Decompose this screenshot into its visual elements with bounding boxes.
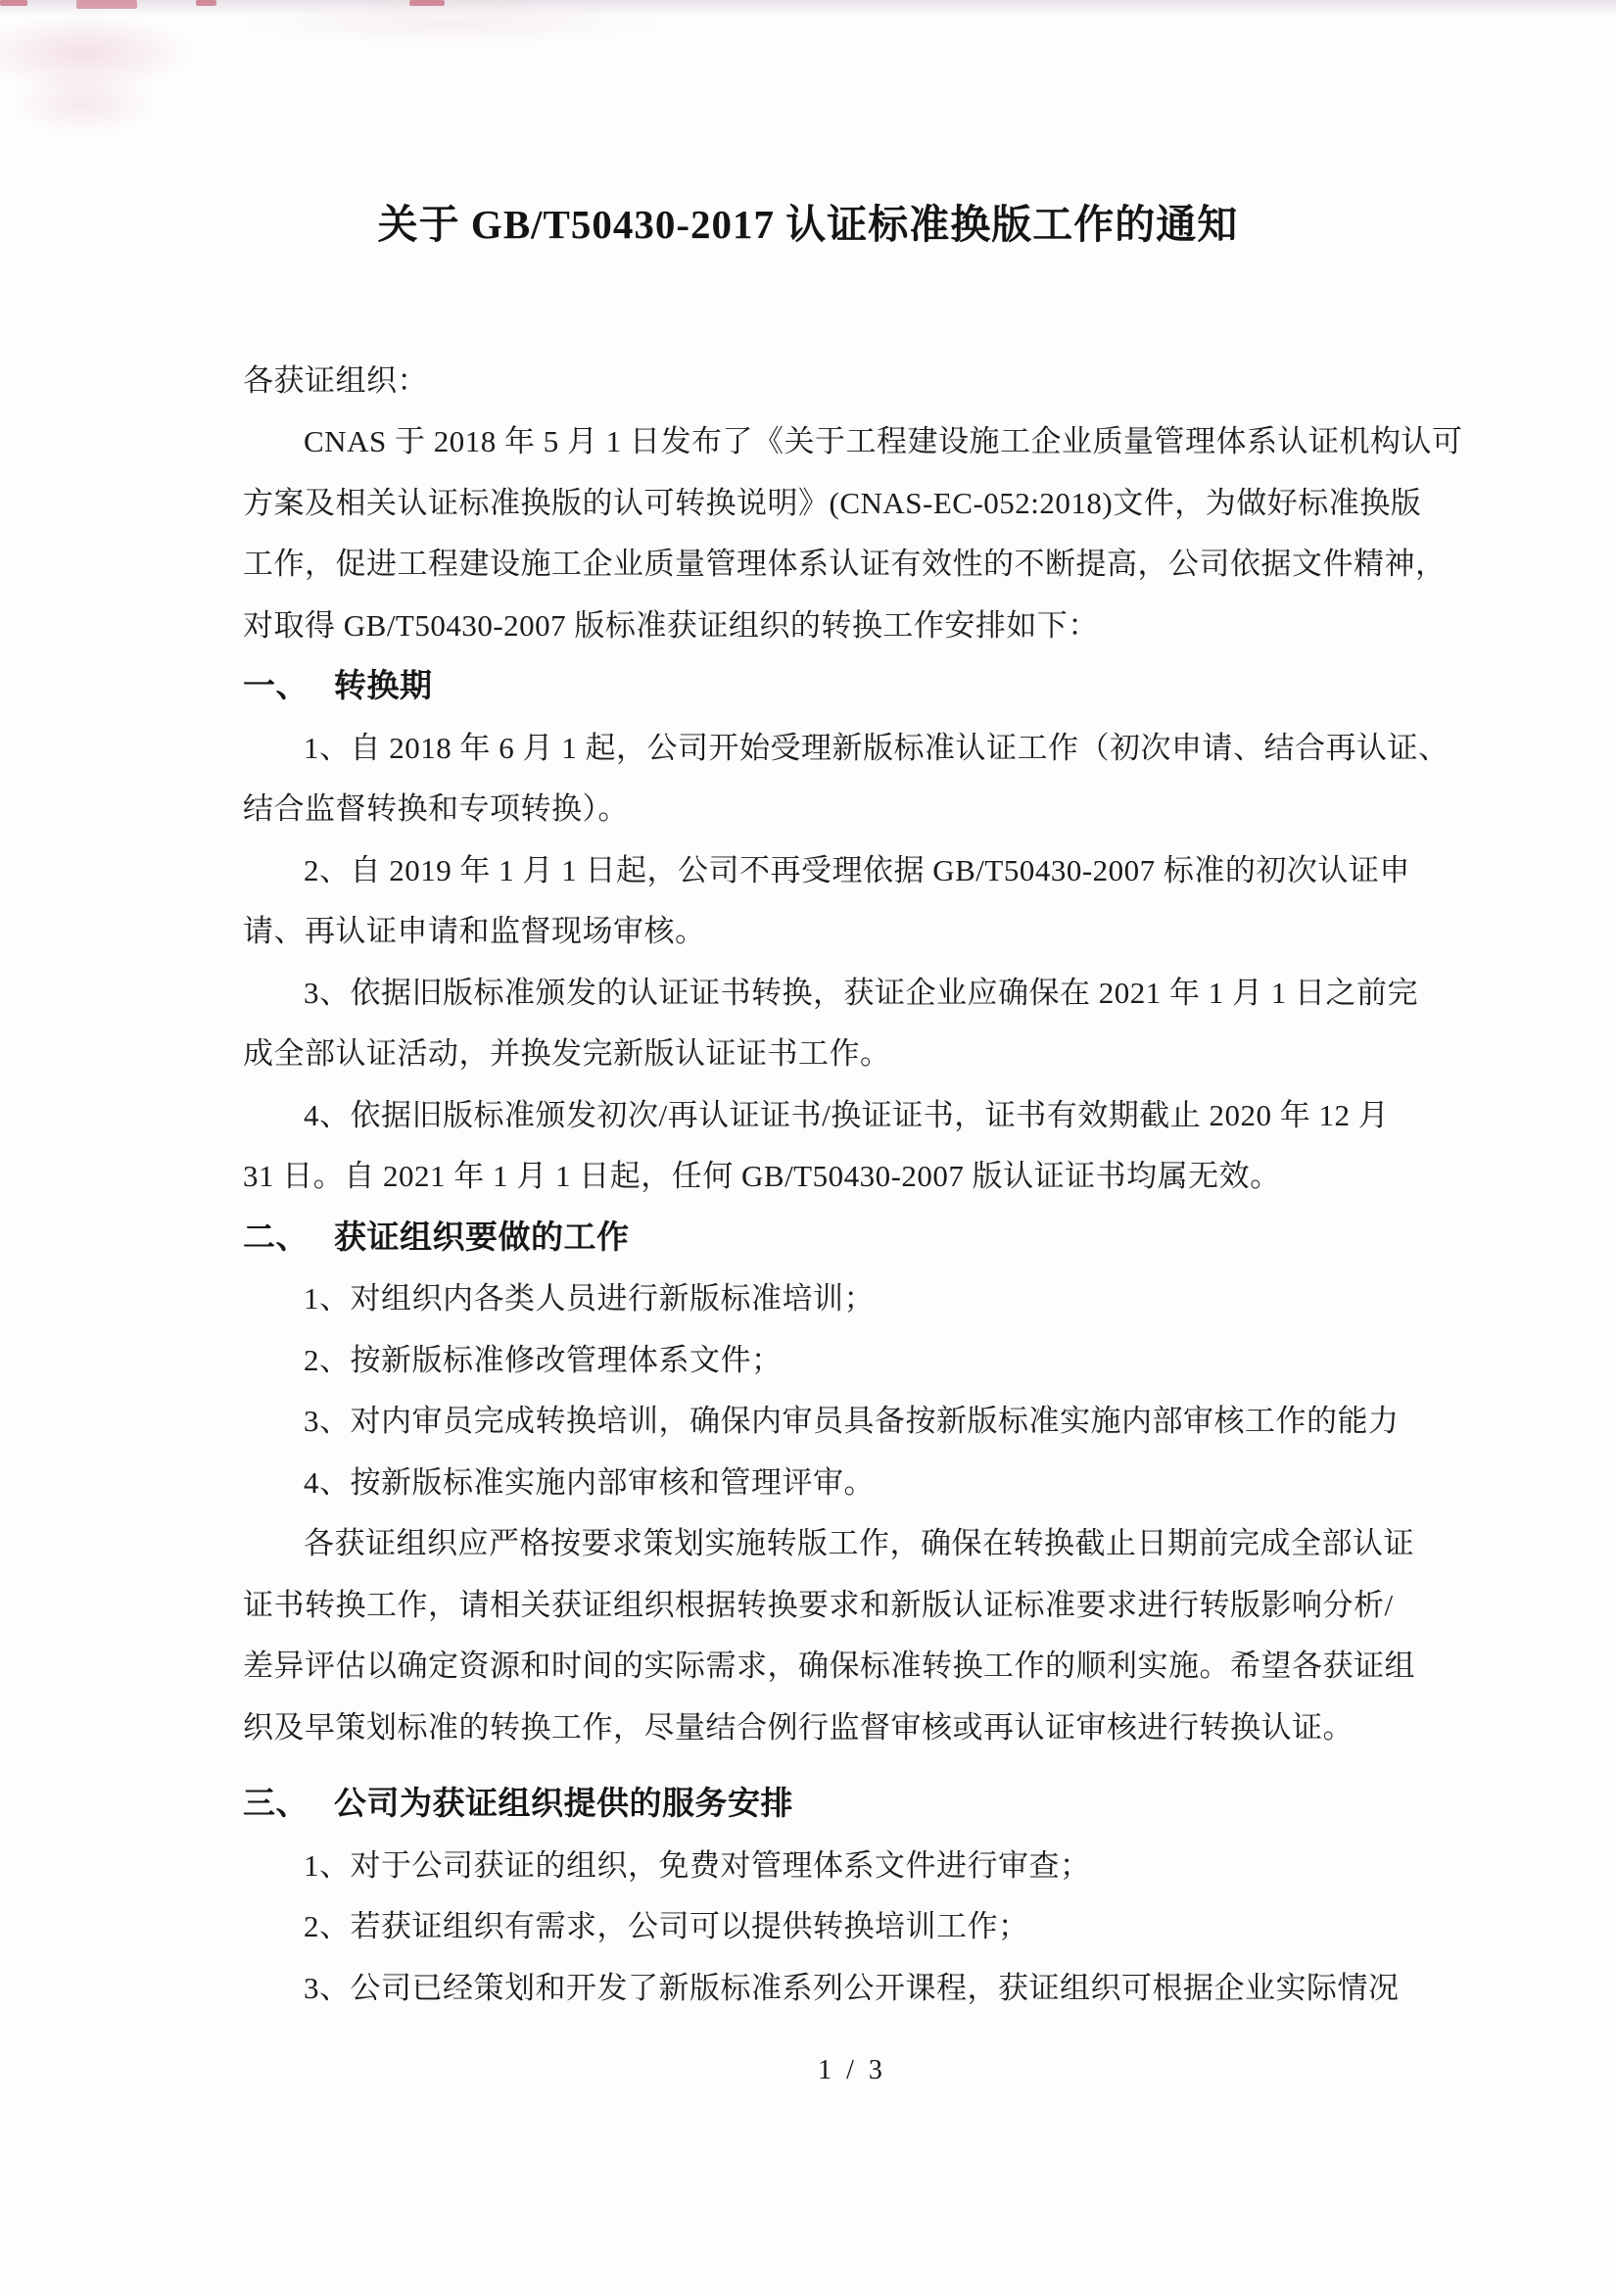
scan-edge-shadow [0, 0, 1616, 16]
red-ink-artifact [196, 0, 216, 6]
text-line: 请、再认证申请和监督现场审核。 [243, 898, 1469, 960]
text-line: 2、按新版标准修改管理体系文件； [243, 1326, 1469, 1388]
red-ink-artifact [76, 0, 137, 9]
pink-ink-smudge [10, 69, 157, 137]
scanned-document-page: 关于 GB/T50430-2017 认证标准换版工作的通知 各获证组织：CNAS… [0, 0, 1616, 2296]
text-line: 2、若获证组织有需求，公司可以提供转换培训工作； [243, 1893, 1469, 1955]
section-title: 公司为获证组织提供的服务安排 [334, 1778, 793, 1824]
text-line: 1、自 2018 年 6 月 1 起，公司开始受理新版标准认证工作（初次申请、结… [243, 714, 1469, 776]
section-number: 三、 [243, 1778, 309, 1824]
page-number: 1 / 3 [88, 2055, 1616, 2086]
section-title: 转换期 [334, 660, 433, 706]
section-number: 一、 [243, 660, 309, 706]
text-line: CNAS 于 2018 年 5 月 1 日发布了《关于工程建设施工企业质量管理体… [243, 408, 1469, 470]
text-line: 差异评估以确定资源和时间的实际需求，确保标准转换工作的顺利实施。希望各获证组 [243, 1633, 1469, 1695]
section-title: 获证组织要做的工作 [334, 1212, 630, 1258]
text-line: 31 日。自 2021 年 1 月 1 日起，任何 GB/T50430-2007… [243, 1143, 1469, 1205]
red-ink-artifact [409, 0, 445, 6]
red-ink-artifact [0, 0, 27, 6]
text-line: 4、按新版标准实施内部审核和管理评审。 [243, 1449, 1469, 1510]
text-line: 4、依据旧版标准颁发初次/再认证证书/换证证书，证书有效期截止 2020 年 1… [243, 1081, 1469, 1143]
section-number: 二、 [243, 1212, 309, 1258]
text-line: 各获证组织： [243, 347, 1469, 408]
section-heading: 三、公司为获证组织提供的服务安排 [243, 1771, 1469, 1833]
section-heading: 一、转换期 [243, 653, 1469, 715]
text-line: 2、自 2019 年 1 月 1 日起，公司不再受理依据 GB/T50430-2… [243, 837, 1469, 898]
text-line: 证书转换工作，请相关获证组织根据转换要求和新版认证标准要求进行转版影响分析/ [243, 1571, 1469, 1633]
document-body: 各获证组织：CNAS 于 2018 年 5 月 1 日发布了《关于工程建设施工企… [243, 347, 1469, 2016]
document-title: 关于 GB/T50430-2017 认证标准换版工作的通知 [0, 199, 1616, 250]
text-line: 3、依据旧版标准颁发的认证证书转换，获证企业应确保在 2021 年 1 月 1 … [243, 959, 1469, 1021]
text-line: 织及早策划标准的转换工作，尽量结合例行监督审核或再认证审核进行转换认证。 [243, 1694, 1469, 1755]
pink-ink-smudge [0, 14, 196, 92]
text-line: 各获证组织应严格按要求策划实施转版工作，确保在转换截止日期前完成全部认证 [243, 1510, 1469, 1572]
text-line: 结合监督转换和专项转换）。 [243, 776, 1469, 837]
text-line: 1、对组织内各类人员进行新版标准培训； [243, 1266, 1469, 1327]
text-line: 3、对内审员完成转换培训，确保内审员具备按新版标准实施内部审核工作的能力 [243, 1388, 1469, 1450]
text-line: 成全部认证活动，并换发完新版认证证书工作。 [243, 1021, 1469, 1082]
section-heading: 二、获证组织要做的工作 [243, 1204, 1469, 1266]
text-line: 工作，促进工程建设施工企业质量管理体系认证有效性的不断提高，公司依据文件精神， [243, 531, 1469, 593]
text-line: 对取得 GB/T50430-2007 版标准获证组织的转换工作安排如下： [243, 592, 1469, 653]
text-line: 3、公司已经策划和开发了新版标准系列公开课程，获证组织可根据企业实际情况 [243, 1954, 1469, 2016]
text-line: 1、对于公司获证的组织，免费对管理体系文件进行审查； [243, 1832, 1469, 1893]
text-line: 方案及相关认证标准换版的认可转换说明》(CNAS-EC-052:2018)文件，… [243, 469, 1469, 531]
